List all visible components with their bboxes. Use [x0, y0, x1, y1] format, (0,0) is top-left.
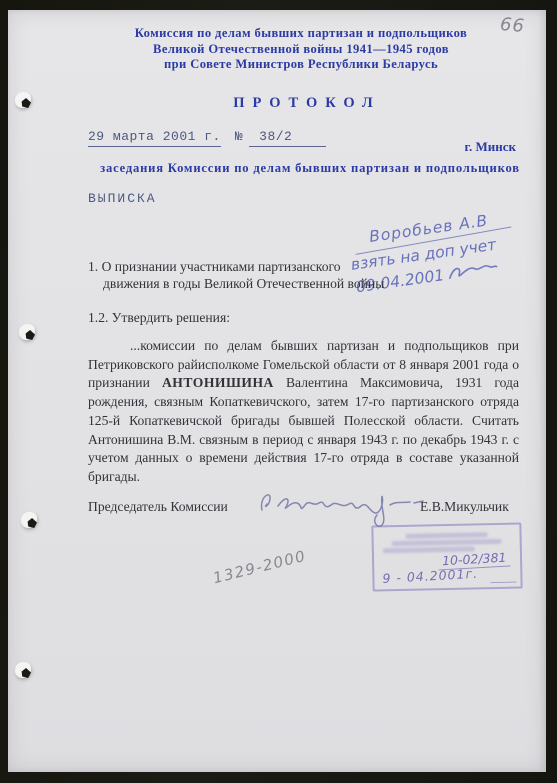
session-subtitle: заседания Комиссии по делам бывших парти…	[8, 161, 546, 176]
document-title: ПРОТОКОЛ	[8, 95, 546, 112]
agenda-item-2: 1.2. Утвердить решения:	[88, 310, 230, 326]
stamp-faint-line-1	[406, 532, 488, 539]
extract-label: ВЫПИСКА	[88, 191, 157, 206]
letterhead: Комиссия по делам бывших партизан и подп…	[8, 26, 546, 73]
number-label: №	[221, 129, 249, 144]
stamp-rule	[491, 582, 517, 584]
chairman-role: Председатель Комиссии	[88, 499, 228, 515]
protocol-number: 38/2	[249, 129, 326, 147]
document-page: 66 Комиссия по делам бывших партизан и п…	[8, 10, 546, 772]
resolution-text-after: Валентина Максимовича, 1931 года рождени…	[88, 375, 519, 484]
chairman-name: Е.В.Микульчик	[420, 499, 509, 515]
agenda-item-1-line-2: движения в годы Великой Отечественной во…	[103, 276, 384, 292]
letterhead-line-3: при Совете Министров Республики Беларусь	[56, 57, 546, 73]
protocol-date: 29 марта 2001 г.	[88, 129, 221, 147]
scanned-document: 66 Комиссия по делам бывших партизан и п…	[0, 0, 557, 783]
stamp-faint-line-2	[391, 539, 502, 546]
pencil-note: 1329-2000	[211, 547, 308, 588]
letterhead-line-1: Комиссия по делам бывших партизан и подп…	[56, 26, 546, 42]
registration-stamp: 10-02/381 9 - 04.2001г.	[371, 522, 522, 591]
chairman-signature	[254, 482, 426, 528]
date-number-row: 29 марта 2001 г.№38/2	[88, 129, 326, 144]
agenda-item-1-line-1: 1. О признании участниками партизанского	[88, 259, 341, 275]
city-label: г. Минск	[465, 139, 516, 155]
resolution-paragraph: ...комиссии по делам бывших партизан и п…	[88, 337, 519, 487]
letterhead-line-2: Великой Отечественной войны 1941—1945 го…	[56, 42, 546, 58]
resolution-surname-bold: АНТОНИШИНА	[162, 375, 274, 390]
stamp-date: 9 - 04.2001г.	[382, 566, 478, 586]
